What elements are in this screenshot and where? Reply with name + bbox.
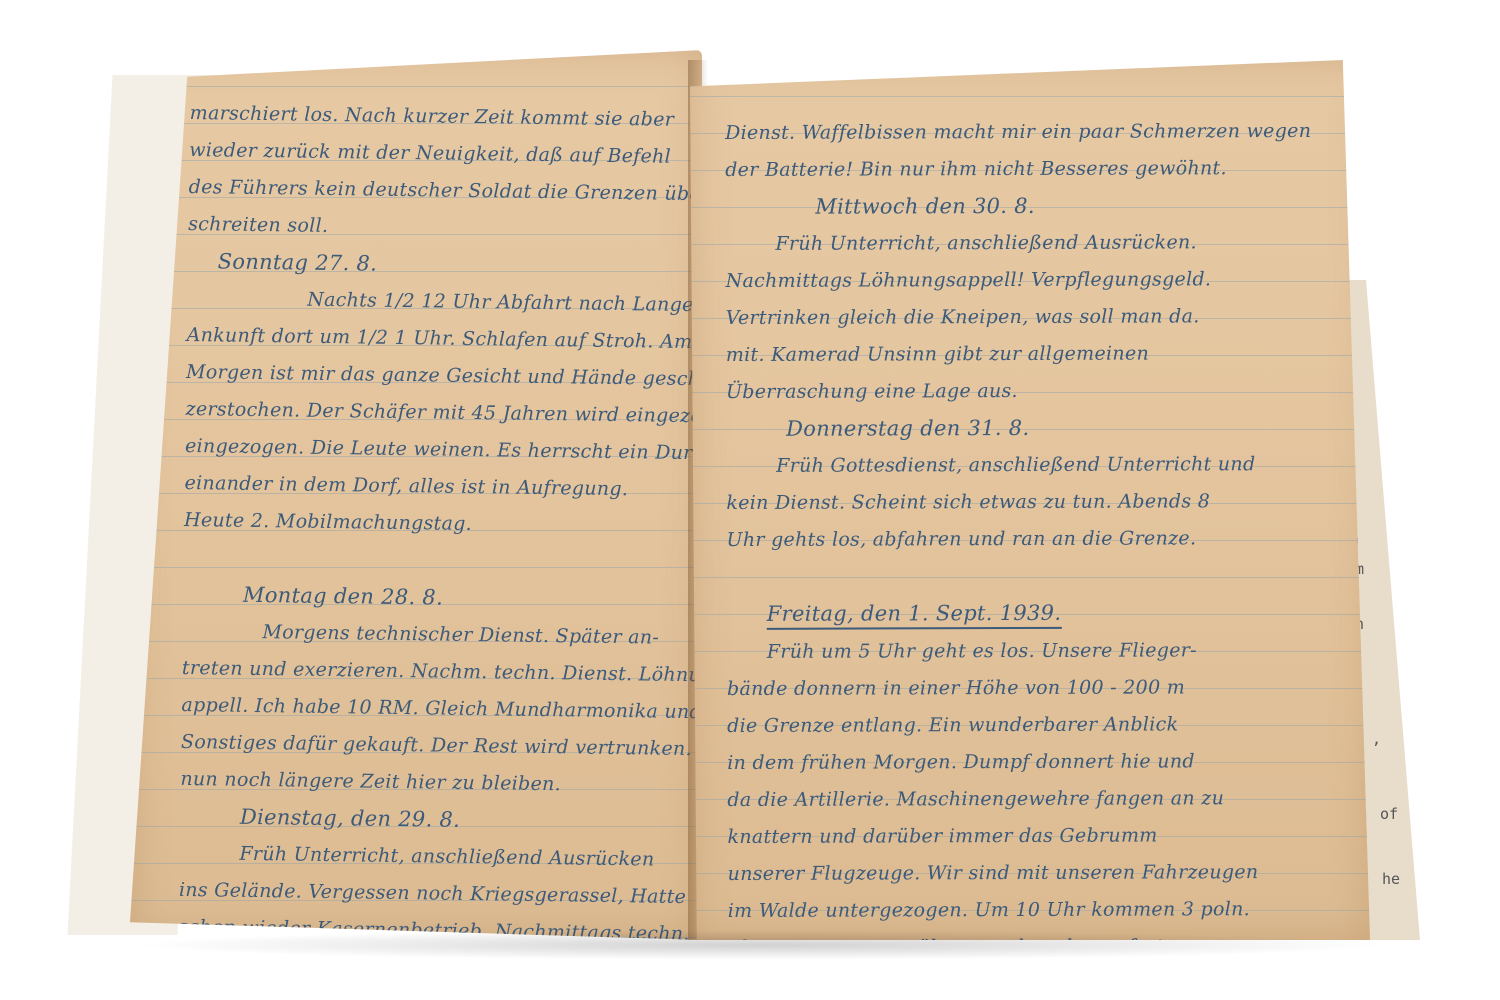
text-line: kein Dienst. Scheint sich etwas zu tun. … bbox=[726, 483, 1312, 522]
text-line: im Walde untergezogen. Um 10 Uhr kommen … bbox=[728, 891, 1314, 930]
text-line: unserer Flugzeuge. Wir sind mit unseren … bbox=[728, 854, 1314, 893]
text-line: in dem frühen Morgen. Dumpf donnert hie … bbox=[727, 743, 1313, 782]
text-line: da die Artillerie. Maschinengewehre fang… bbox=[727, 780, 1313, 819]
right-page-text: Dienst. Waffelbissen macht mir ein paar … bbox=[725, 113, 1314, 940]
text-line: Vertrinken gleich die Kneipen, was soll … bbox=[726, 298, 1312, 337]
text-line: der Batterie! Bin nur ihm nicht Besseres… bbox=[725, 150, 1311, 189]
right-page: Dienst. Waffelbissen macht mir ein paar … bbox=[690, 60, 1370, 940]
diary-photo: n m n , of he marschiert los. Nach kurze… bbox=[0, 0, 1500, 1000]
entry-heading: Mittwoch den 30. 8. bbox=[725, 187, 1311, 226]
text-line: mit. Kamerad Unsinn gibt zur allgemeinen bbox=[726, 335, 1312, 374]
entry-heading: Donnerstag den 31. 8. bbox=[726, 409, 1312, 448]
book-shadow bbox=[130, 930, 1390, 960]
text-line: Nachmittags Löhnungsappell! Verpflegungs… bbox=[726, 261, 1312, 300]
left-page: marschiert los. Nach kurzer Zeit kommt s… bbox=[130, 50, 702, 940]
typed-fragment: of bbox=[1380, 805, 1398, 823]
typed-fragment: , bbox=[1372, 730, 1381, 748]
text-line: die Grenze entlang. Ein wunderbarer Anbl… bbox=[727, 706, 1313, 745]
text-line: Früh um 5 Uhr geht es los. Unsere Fliege… bbox=[727, 632, 1313, 671]
entry-heading-underlined: Freitag, den 1. Sept. 1939. bbox=[767, 601, 1062, 630]
typed-fragment: he bbox=[1382, 870, 1400, 888]
text-line: bände donnern in einer Höhe von 100 - 20… bbox=[727, 669, 1313, 708]
left-page-text: marschiert los. Nach kurzer Zeit kommt s… bbox=[178, 95, 702, 940]
text-line: Dienst. Waffelbissen macht mir ein paar … bbox=[725, 113, 1311, 152]
text-line: knattern und darüber immer das Gebrumm bbox=[727, 817, 1313, 856]
text-line: Überraschung eine Lage aus. bbox=[726, 372, 1312, 411]
text-line: Früh Gottesdienst, anschließend Unterric… bbox=[726, 446, 1312, 485]
text-line: Uhr gehts los, abfahren und ran an die G… bbox=[726, 520, 1312, 559]
text-line: Früh Unterricht, anschließend Ausrücken. bbox=[725, 224, 1311, 263]
